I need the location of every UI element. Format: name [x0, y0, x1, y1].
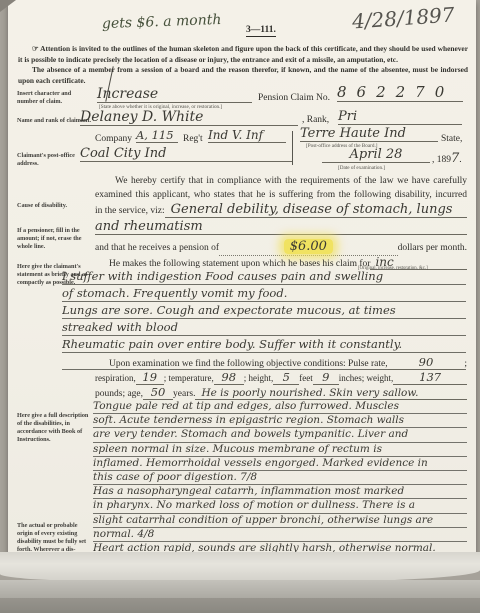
age-value: 50: [143, 385, 173, 400]
temperature-value: 98: [214, 370, 244, 385]
description-line: in pharynx. No marked loss of motion or …: [93, 499, 467, 513]
height-inches-value: 9: [313, 370, 339, 385]
temperature-label: ; temperature,: [164, 373, 214, 383]
height-label: ; height,: [244, 373, 274, 383]
certification-line-1: We hereby certify that in compliance wit…: [95, 176, 467, 186]
description-line: spleen normal in size. Mucous membrane o…: [93, 443, 467, 457]
margin-label-description: Here give a full description of the disa…: [17, 412, 93, 444]
claimant-name-field: Delaney D. White: [80, 109, 298, 126]
statement-line: Rheumatic pain over entire body. Suffer …: [62, 336, 466, 353]
description-line: Has a nasopharyngeal catarrh, inflammati…: [93, 485, 467, 499]
regiment-label: Reg't: [183, 134, 203, 144]
examination-line-3: pounds; age, 50 years. He is poorly nour…: [95, 385, 467, 400]
pounds-label: pounds; age,: [95, 389, 143, 399]
form-number: 3—111.: [246, 25, 276, 37]
year-period: .: [459, 155, 461, 165]
claim-character-field: Increase: [97, 86, 252, 103]
description-line: slight catarrhal condition of upper bron…: [93, 514, 467, 528]
description-line: soft. Acute tenderness in epigastric reg…: [93, 414, 467, 428]
opening-note: He is poorly nourished. Skin very sallow…: [195, 387, 467, 400]
year-text: , 1897.: [432, 151, 462, 166]
examination-line-2: respiration, 19 ; temperature, 98 ; heig…: [95, 370, 467, 385]
company-field: A, 115: [136, 128, 178, 143]
column-divider: [292, 131, 293, 165]
pension-sentence: and that he receives a pension of $6.00 …: [95, 237, 467, 256]
pension-amount-highlight: $6.00: [284, 239, 333, 254]
description-line: inflamed. Hemorrhoidal vessels engorged.…: [93, 457, 467, 471]
attention-notice: ☞ Attention is invited to the outlines o…: [18, 44, 468, 86]
margin-label-origin: The actual or probable origin of every e…: [17, 522, 93, 554]
state-label: State,: [441, 134, 462, 144]
respiration-value: 19: [136, 370, 164, 385]
statement-line: Lungs are sore. Cough and expectorate mu…: [62, 302, 466, 319]
certification-line-3: in the service, viz: General debility, d…: [95, 202, 467, 218]
bottom-fold-highlight: [0, 552, 480, 582]
description-line: this case of poor digestion. 7/8: [93, 471, 467, 485]
exam-date-field: April 28: [322, 147, 430, 163]
rank-label: , Rank,: [302, 115, 329, 125]
board-place-field: Terre Haute Ind: [300, 126, 438, 142]
pension-claim-no-label: Pension Claim No.: [258, 93, 330, 103]
pension-claim-no-value: 862270: [337, 83, 463, 102]
weight-value: 137: [393, 370, 467, 385]
disability-field-line-1: General debility, disease of stomach, lu…: [165, 202, 467, 218]
statement-line: I suffer with indigestion Food causes pa…: [62, 268, 466, 285]
description-line: Tongue pale red at tip and edges, also f…: [93, 400, 467, 414]
margin-label-claim-character: Insert character and number of claim.: [17, 90, 93, 106]
pulse-value: 90: [388, 355, 465, 370]
pension-amount-area: $6.00: [219, 237, 398, 256]
examination-intro: Upon examination we find the following o…: [95, 359, 388, 369]
exam-date-hint: [Date of examination.]: [338, 165, 385, 171]
disability-field-line-2: and rheumatism: [95, 219, 467, 235]
regiment-field: Ind V. Inf: [208, 128, 286, 143]
pension-suffix: dollars per month.: [398, 243, 467, 253]
scanned-document: gets $6. a month 3—111. 4/28/1897 ☞ Atte…: [0, 0, 480, 613]
examination-line-1: Upon examination we find the following o…: [95, 355, 467, 370]
service-viz-label: in the service, viz:: [95, 206, 165, 216]
description-line: normal. 4/8: [93, 528, 467, 542]
height-feet-value: 5: [273, 370, 299, 385]
rank-field: Pri: [338, 109, 462, 125]
feet-label: feet: [299, 373, 313, 383]
years-label: years.: [173, 389, 195, 399]
bottom-fold-shadow: [0, 580, 480, 600]
statement-line: streaked with blood: [62, 319, 466, 336]
statement-line: of stomach. Frequently vomit my food.: [62, 285, 466, 302]
margin-label-pension-amount: If a pensioner, fill in the amount; if n…: [17, 227, 93, 251]
pension-prefix: and that he receives a pension of: [95, 243, 219, 253]
post-office-field: Coal City Ind: [80, 146, 292, 162]
disability-description: Tongue pale red at tip and edges, also f…: [93, 400, 467, 556]
year-printed: , 189: [432, 155, 451, 165]
respiration-label: respiration,: [95, 373, 136, 383]
notice-para-1: ☞ Attention is invited to the outlines o…: [18, 44, 468, 65]
examination-semicolon: ;: [464, 359, 467, 369]
company-label: Company: [95, 134, 132, 144]
margin-label-cause: Cause of disability.: [17, 202, 93, 210]
scan-bottom-edge: [0, 598, 480, 613]
inches-label: inches; weight,: [339, 373, 394, 383]
certification-line-2: examined this applicant, who states that…: [95, 190, 467, 200]
description-line: are very tender. Stomach and bowels tymp…: [93, 428, 467, 442]
